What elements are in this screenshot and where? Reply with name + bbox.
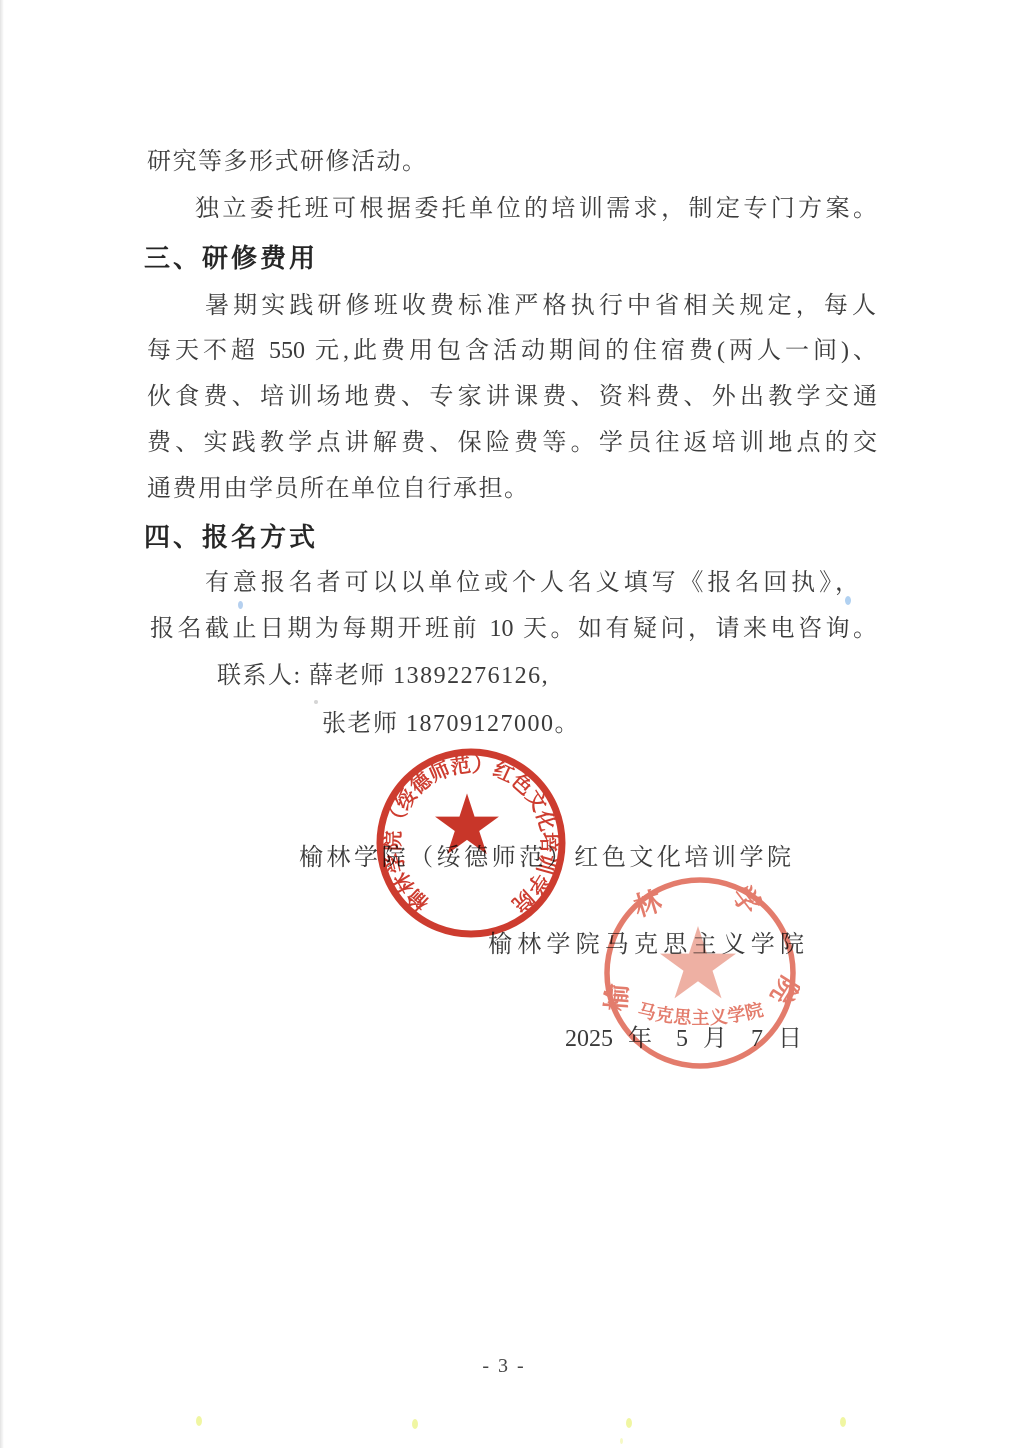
scan-speck: [840, 1417, 846, 1427]
body-line: 伙食费、培训场地费、专家讲课费、资料费、外出教学交通: [147, 382, 877, 412]
signature-org-1: 榆林学院（绥德师范）红色文化培训学院: [299, 843, 791, 873]
body-line: 报名截止日期为每期开班前 10 天。如有疑问，请来电咨询。: [150, 614, 877, 644]
body-line: 研究等多形式研修活动。: [147, 147, 428, 177]
section-heading-fee: 三、研修费用: [144, 243, 318, 273]
scan-speck: [412, 1419, 418, 1429]
scan-speck: [845, 596, 851, 605]
document-page: 研究等多形式研修活动。 独立委托班可根据委托单位的培训需求，制定专门方案。 三、…: [0, 0, 1024, 1448]
body-line: 费、实践教学点讲解费、保险费等。学员往返培训地点的交: [147, 428, 877, 458]
scan-edge-shadow: [0, 0, 4, 1448]
body-line: 独立委托班可根据委托单位的培训需求，制定专门方案。: [195, 194, 877, 224]
scan-speck: [314, 700, 318, 704]
body-line: 暑期实践研修班收费标准严格执行中省相关规定，每人: [205, 291, 876, 321]
scan-speck: [238, 601, 243, 609]
date-line: 2025 年 5 月 7 日: [565, 1024, 802, 1054]
body-line: 有意报名者可以以单位或个人名义填写《报名回执》，: [205, 568, 859, 598]
body-line: 每天不超 550 元,此费用包含活动期间的住宿费(两人一间)、: [147, 336, 877, 366]
scan-speck: [626, 1418, 632, 1428]
section-heading-signup: 四、报名方式: [144, 522, 318, 552]
contact-line: 张老师 18709127000。: [322, 709, 580, 739]
body-line: 通费用由学员所在单位自行承担。: [147, 474, 530, 504]
signature-org-2: 榆林学院马克思主义学院: [488, 930, 804, 960]
seal-arc-text: 榆林学院（绥德师范）红色文化培训学院: [381, 752, 561, 916]
scan-speck: [620, 1438, 623, 1444]
page-number: - 3 -: [0, 1351, 1016, 1381]
scan-speck: [196, 1416, 202, 1426]
contact-line: 联系人: 薛老师 13892276126,: [217, 661, 549, 691]
svg-text:榆林学院（绥德师范）红色文化培训学院: 榆林学院（绥德师范）红色文化培训学院: [381, 752, 561, 916]
